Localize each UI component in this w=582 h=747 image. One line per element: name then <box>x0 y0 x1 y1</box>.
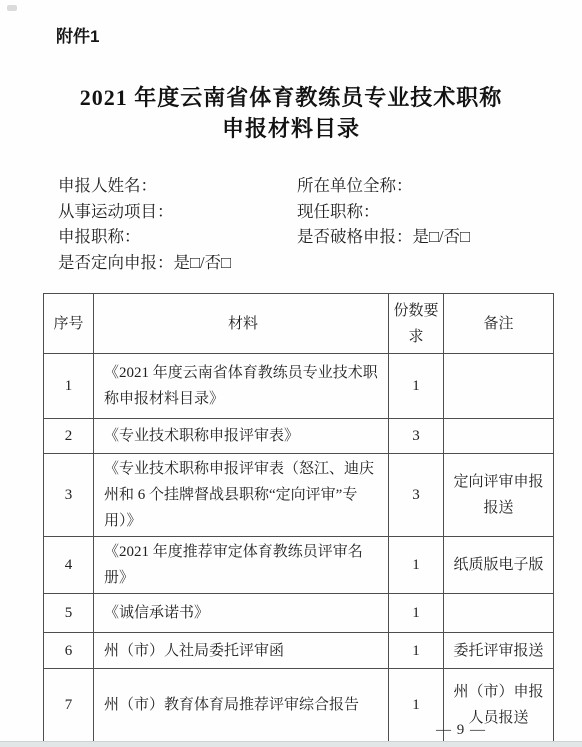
cell-copies: 3 <box>389 419 444 454</box>
cell-material: 《专业技术职称申报评审表》 <box>94 419 389 454</box>
cell-material: 《2021 年度推荐审定体育教练员评审名册》 <box>94 537 389 594</box>
cell-material: 州（市）教育体育局推荐评审综合报告 <box>94 669 389 742</box>
cell-copies: 1 <box>389 633 444 669</box>
table-row: 5 《诚信承诺书》 1 <box>44 594 554 633</box>
page-number: — 9 — <box>436 722 486 739</box>
form-right-column: 所在单位全称： 现任职称： 是否破格申报：是□/否□ <box>297 173 470 250</box>
table-row: 3 《专业技术职称申报评审表（怒江、迪庆州和 6 个挂牌督战县职称“定向评审”专… <box>44 454 554 537</box>
table-row: 4 《2021 年度推荐审定体育教练员评审名册》 1 纸质版电子版 <box>44 537 554 594</box>
document-title: 2021 年度云南省体育教练员专业技术职称 申报材料目录 <box>0 82 582 144</box>
cell-remark <box>444 354 554 419</box>
field-targeted-declaration: 是否定向申报：是□/否□ <box>58 250 231 276</box>
cell-material: 州（市）人社局委托评审函 <box>94 633 389 669</box>
col-header-seq: 序号 <box>44 294 94 354</box>
scan-artifact <box>7 5 17 11</box>
attachment-label: 附件1 <box>56 22 99 47</box>
table-row: 6 州（市）人社局委托评审函 1 委托评审报送 <box>44 633 554 669</box>
document-page: 附件1 2021 年度云南省体育教练员专业技术职称 申报材料目录 申报人姓名： … <box>0 0 582 747</box>
cell-material: 《2021 年度云南省体育教练员专业技术职称申报材料目录》 <box>94 354 389 419</box>
field-current-title: 现任职称： <box>297 199 470 225</box>
scan-edge-strip <box>0 741 582 747</box>
cell-remark: 定向评审申报报送 <box>444 454 554 537</box>
field-unit-full-name: 所在单位全称： <box>297 173 470 199</box>
field-declared-title: 申报职称： <box>58 224 231 250</box>
cell-copies: 1 <box>389 354 444 419</box>
cell-seq: 1 <box>44 354 94 419</box>
cell-seq: 2 <box>44 419 94 454</box>
cell-remark: 纸质版电子版 <box>444 537 554 594</box>
form-left-column: 申报人姓名： 从事运动项目： 申报职称： 是否定向申报：是□/否□ <box>58 173 231 275</box>
cell-seq: 4 <box>44 537 94 594</box>
cell-copies: 3 <box>389 454 444 537</box>
table-header-row: 序号 材料 份数要求 备注 <box>44 294 554 354</box>
cell-remark: 委托评审报送 <box>444 633 554 669</box>
cell-material: 《专业技术职称申报评审表（怒江、迪庆州和 6 个挂牌督战县职称“定向评审”专用）… <box>94 454 389 537</box>
cell-copies: 1 <box>389 537 444 594</box>
col-header-material: 材料 <box>94 294 389 354</box>
cell-seq: 3 <box>44 454 94 537</box>
col-header-remark: 备注 <box>444 294 554 354</box>
col-header-copies: 份数要求 <box>389 294 444 354</box>
field-sport-event: 从事运动项目： <box>58 199 231 225</box>
cell-seq: 6 <box>44 633 94 669</box>
cell-seq: 5 <box>44 594 94 633</box>
cell-remark <box>444 594 554 633</box>
table-row: 1 《2021 年度云南省体育教练员专业技术职称申报材料目录》 1 <box>44 354 554 419</box>
table-row: 2 《专业技术职称申报评审表》 3 <box>44 419 554 454</box>
cell-copies: 1 <box>389 594 444 633</box>
field-exceptional-declaration: 是否破格申报：是□/否□ <box>297 224 470 250</box>
materials-table: 序号 材料 份数要求 备注 1 《2021 年度云南省体育教练员专业技术职称申报… <box>43 293 554 742</box>
document-title-line1: 2021 年度云南省体育教练员专业技术职称 <box>0 82 582 113</box>
cell-material: 《诚信承诺书》 <box>94 594 389 633</box>
field-applicant-name: 申报人姓名： <box>58 173 231 199</box>
cell-remark <box>444 419 554 454</box>
cell-seq: 7 <box>44 669 94 742</box>
document-title-line2: 申报材料目录 <box>0 113 582 144</box>
